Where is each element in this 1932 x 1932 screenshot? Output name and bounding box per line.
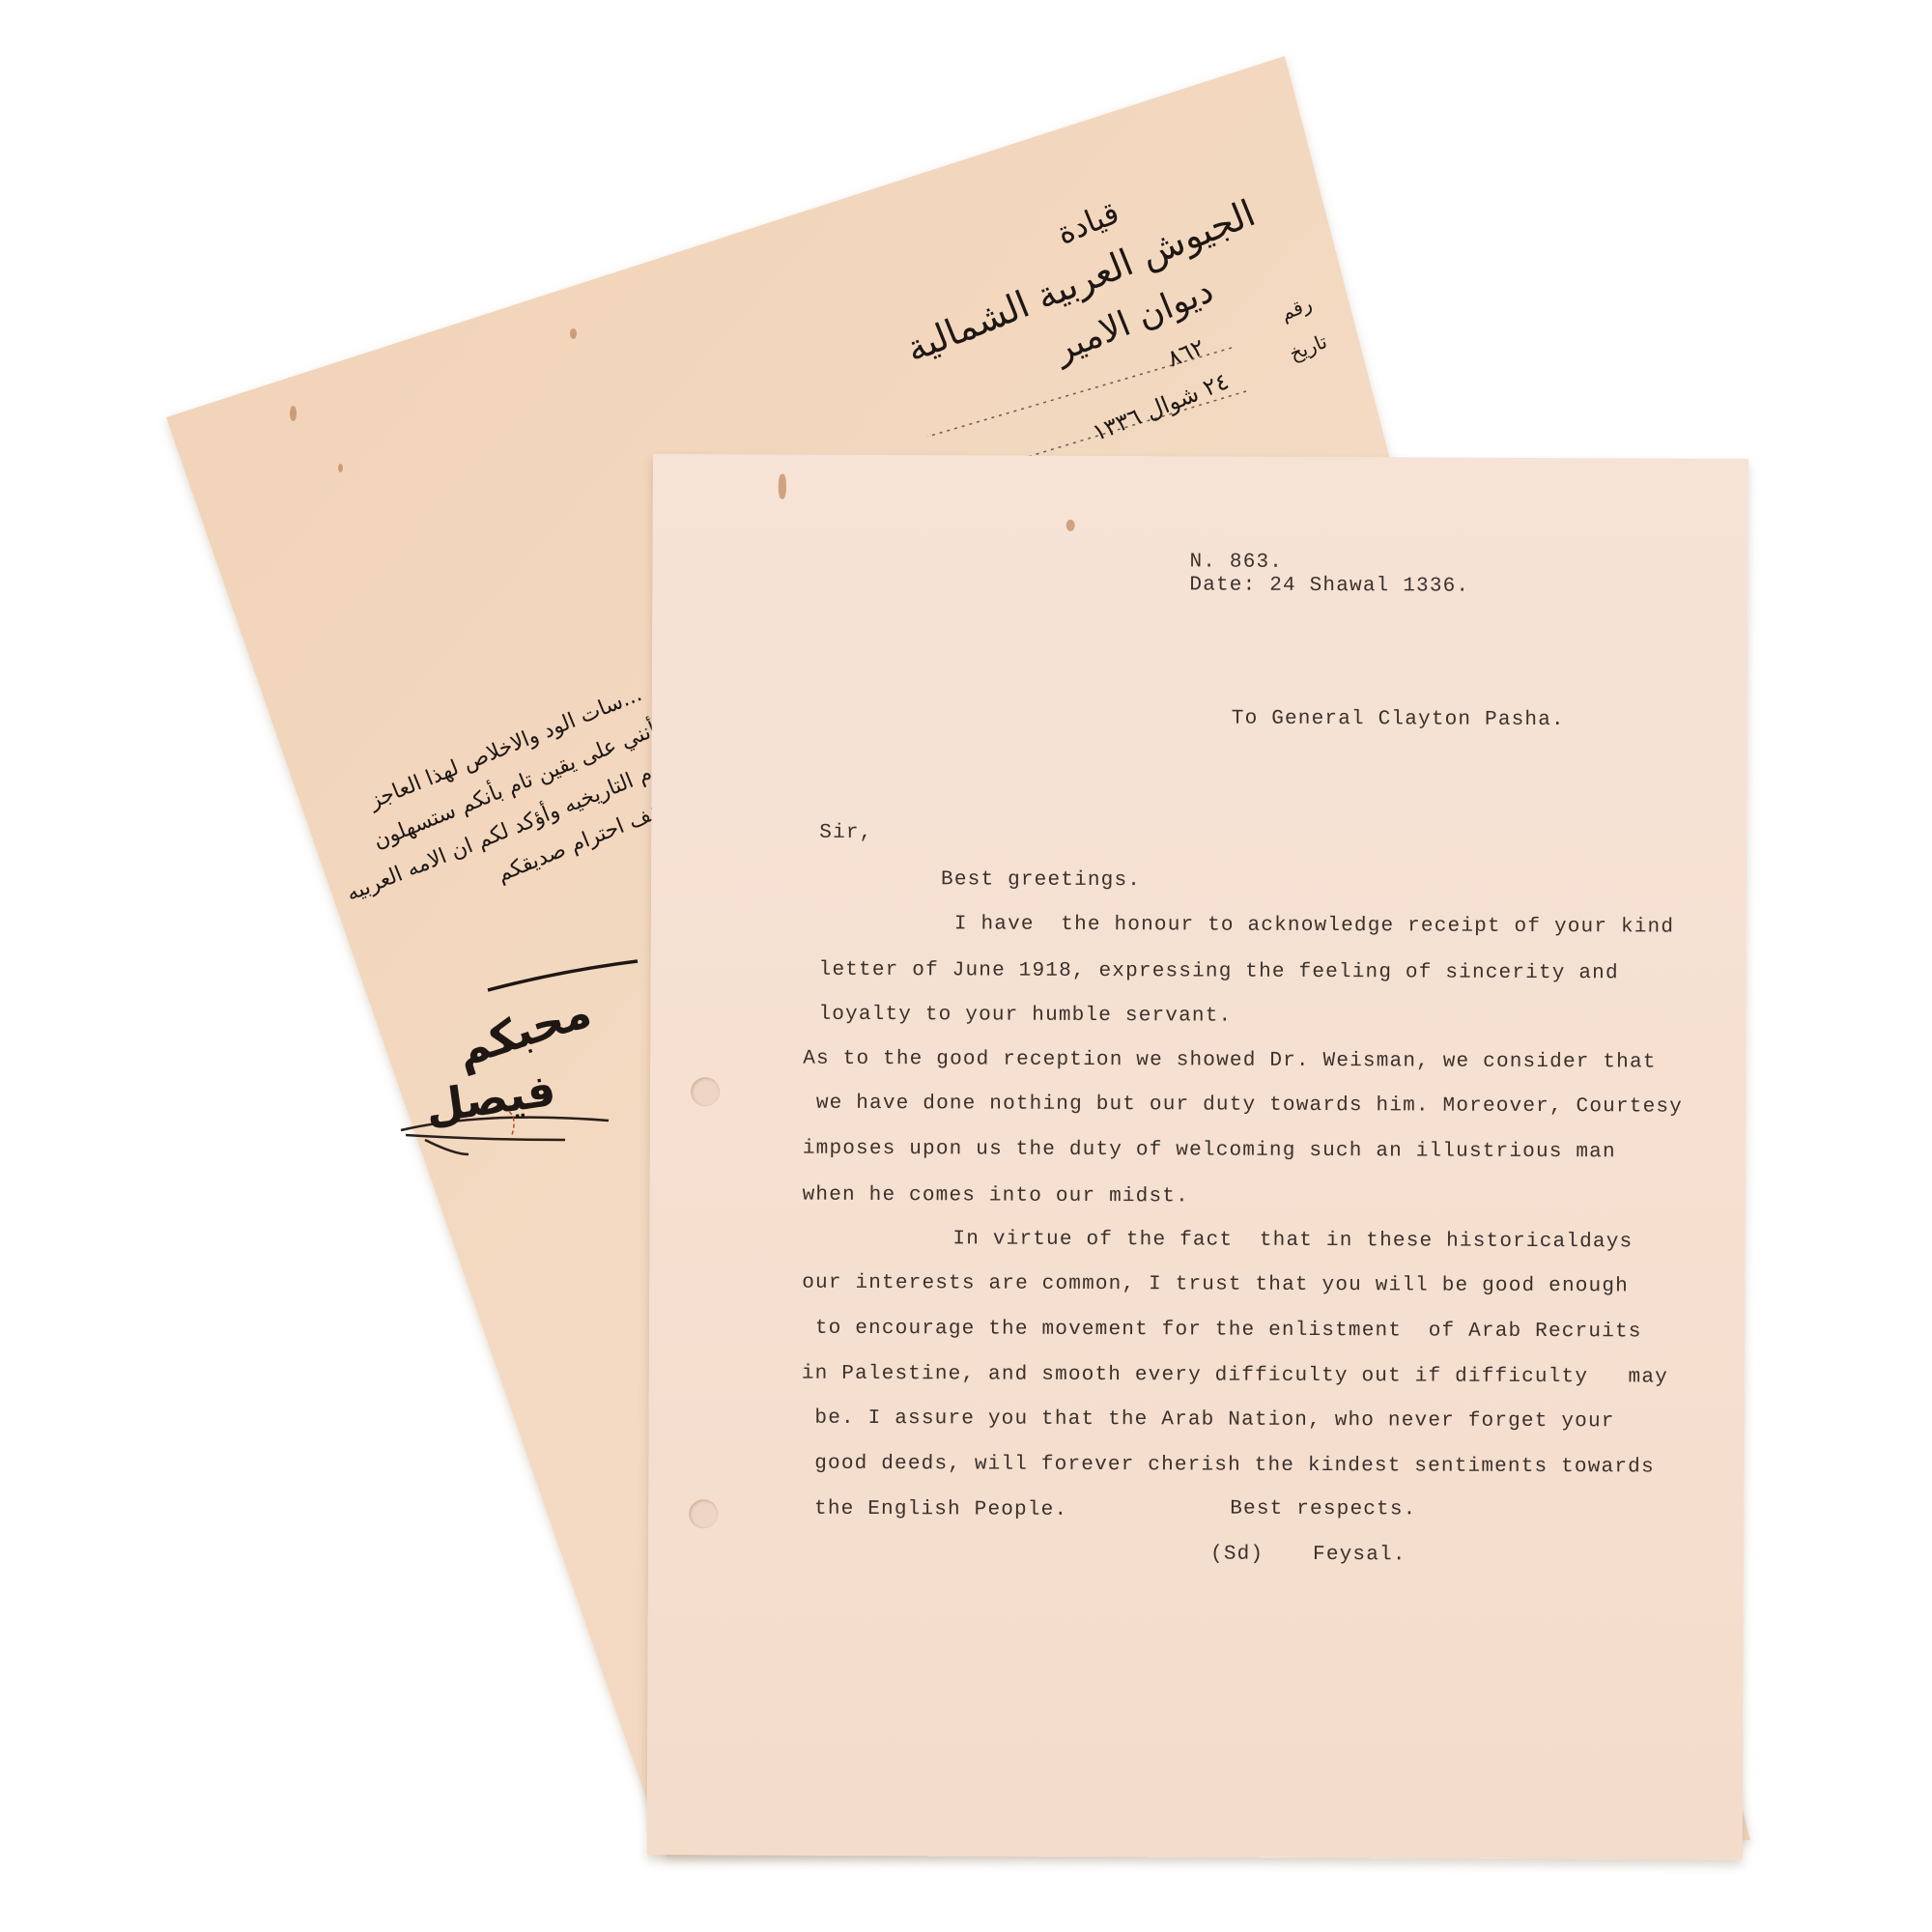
- stain: [779, 474, 786, 499]
- body-line: in Palestine, and smooth every difficult…: [802, 1363, 1668, 1389]
- body-line: we have done nothing but our duty toward…: [803, 1093, 1683, 1119]
- body-line: good deeds, will forever cherish the kin…: [801, 1453, 1654, 1479]
- letterhead-line-command: قيادة: [1052, 194, 1124, 252]
- body-line: the English People.: [801, 1498, 1067, 1521]
- stain: [1066, 520, 1075, 531]
- punch-hole: [689, 1499, 718, 1528]
- stain: [290, 406, 297, 421]
- body-line: As to the good reception we showed Dr. W…: [803, 1048, 1656, 1074]
- signature-prefix: (Sd): [1210, 1544, 1264, 1566]
- body-line: loyalty to your humble servant.: [818, 1004, 1232, 1028]
- date-label: تاريخ: [1286, 329, 1330, 365]
- body-line: when he comes into our midst.: [803, 1184, 1189, 1208]
- stain: [338, 464, 343, 472]
- punch-hole: [691, 1077, 720, 1106]
- number-value: ٨٦٢: [1163, 333, 1207, 372]
- date-line: Date: 24 Shawal 1336.: [1189, 574, 1469, 597]
- closing: Best respects.: [1230, 1498, 1416, 1521]
- stain: [570, 328, 577, 339]
- greeting: Best greetings.: [941, 868, 1141, 892]
- signature-name: Feysal.: [1313, 1544, 1406, 1566]
- body-line: letter of June 1918, expressing the feel…: [819, 959, 1619, 985]
- body-line: imposes upon us the duty of welcoming su…: [803, 1138, 1616, 1164]
- front-sheet-typed-letter: N. 863. Date: 24 Shawal 1336. To General…: [647, 454, 1748, 1860]
- salutation: Sir,: [819, 822, 872, 844]
- body-line: our interests are common, I trust that y…: [802, 1272, 1629, 1298]
- addressee: To General Clayton Pasha.: [1232, 708, 1565, 732]
- body-line: I have the honour to acknowledge receipt…: [954, 913, 1674, 938]
- reference-number: N. 863.: [1189, 551, 1283, 573]
- body-line: In virtue of the fact that in these hist…: [952, 1228, 1633, 1253]
- body-line: to encourage the movement for the enlist…: [802, 1318, 1642, 1344]
- body-line: be. I assure you that the Arab Nation, w…: [802, 1407, 1615, 1434]
